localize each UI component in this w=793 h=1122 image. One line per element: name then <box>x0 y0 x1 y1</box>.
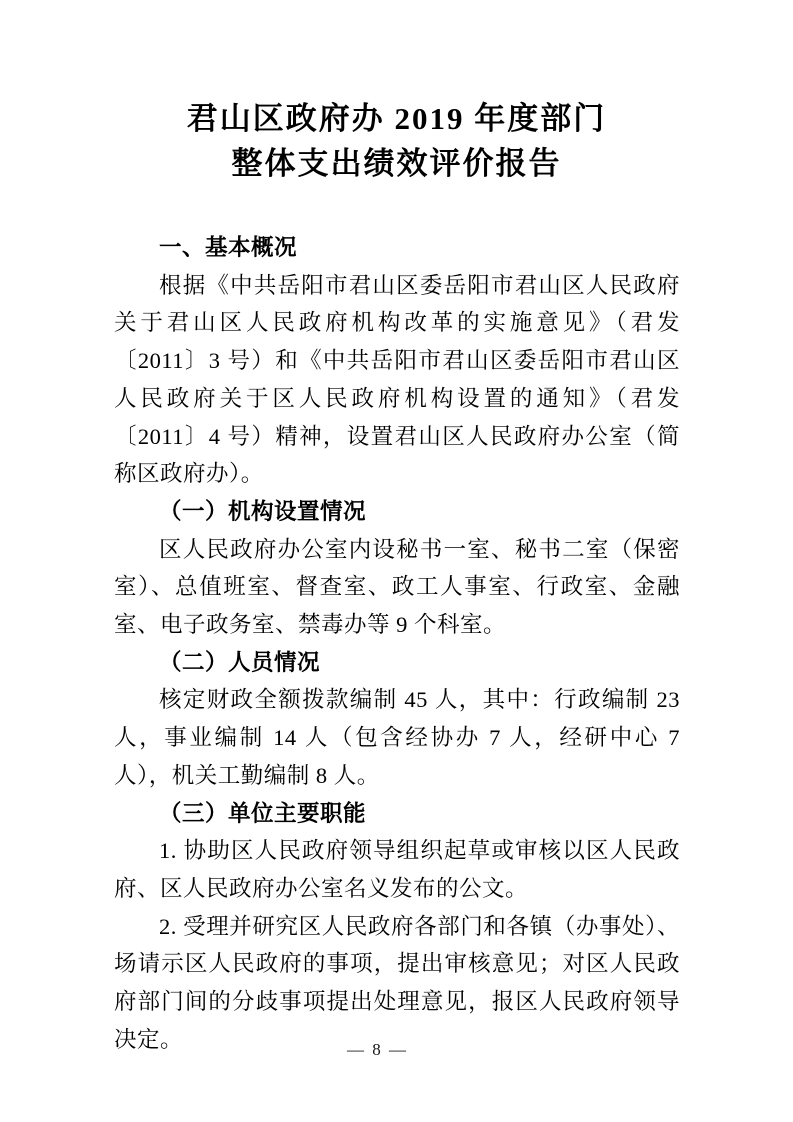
heading-org-structure: （一）机构设置情况 <box>114 493 680 531</box>
document-title-line-2: 整体支出绩效评价报告 <box>0 141 793 186</box>
paragraph-personnel: 核定财政全额拨款编制 45 人，其中：行政编制 23 人，事业编制 14 人（包… <box>114 681 680 794</box>
paragraph-function-1: 1. 协助区人民政府领导组织起草或审核以区人民政府、区人民政府办公室名义发布的公… <box>114 832 680 907</box>
heading-main-functions: （三）单位主要职能 <box>114 795 680 833</box>
document-page: 君山区政府办 2019 年度部门 整体支出绩效评价报告 一、基本概况 根据《中共… <box>0 0 793 1122</box>
document-title-line-1: 君山区政府办 2019 年度部门 <box>0 96 793 141</box>
paragraph-org-structure: 区人民政府办公室内设秘书一室、秘书二室（保密室）、总值班室、督查室、政工人事室、… <box>114 531 680 644</box>
document-title: 君山区政府办 2019 年度部门 整体支出绩效评价报告 <box>0 96 793 186</box>
document-body: 一、基本概况 根据《中共岳阳市君山区委岳阳市君山区人民政府关于君山区人民政府机构… <box>114 229 680 1058</box>
heading-personnel: （二）人员情况 <box>114 644 680 682</box>
heading-basic-overview: 一、基本概况 <box>114 229 680 267</box>
paragraph-function-2: 2. 受理并研究区人民政府各部门和各镇（办事处）、场请示区人民政府的事项，提出审… <box>114 908 680 1059</box>
page-footer: — 8 — <box>0 1038 793 1062</box>
paragraph-establishment-basis: 根据《中共岳阳市君山区委岳阳市君山区人民政府关于君山区人民政府机构改革的实施意见… <box>114 267 680 493</box>
page-number: — 8 — <box>347 1040 408 1059</box>
